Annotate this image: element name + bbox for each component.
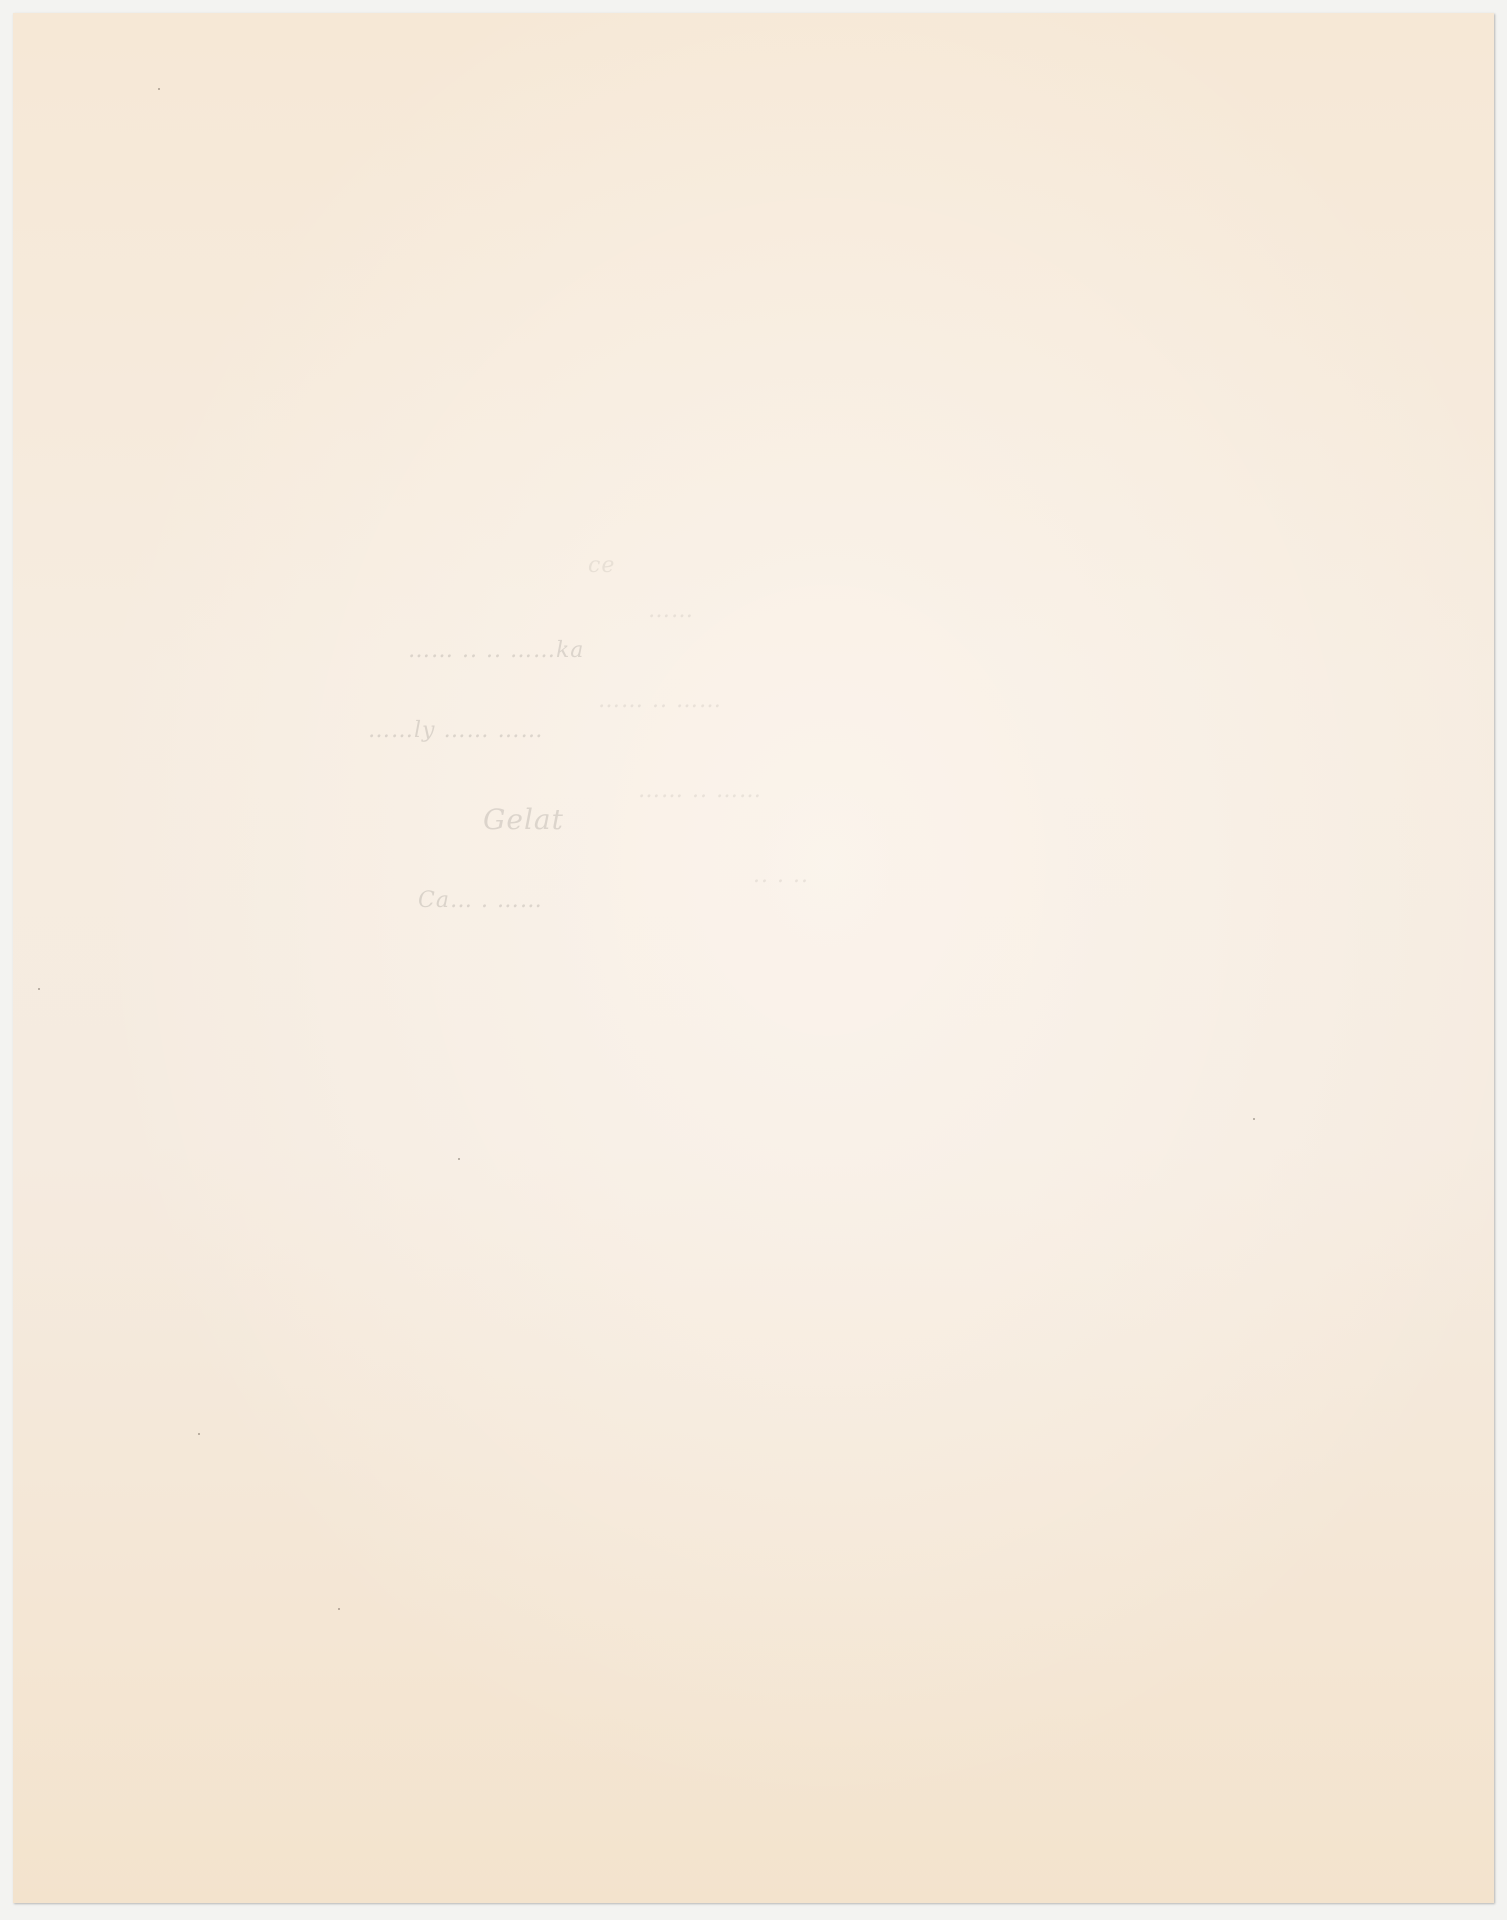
bleed-through-text: …… [648,598,694,623]
bleed-through-text: …… .. …… [638,778,762,803]
paper-speck [38,988,40,990]
bleed-through-text: Ca… . …… [418,888,543,913]
bleed-through-text: ce [588,553,615,578]
bleed-through-text: ……ly …… …… [368,718,543,743]
paper-speck [158,88,160,90]
bleed-through-text: Gelat [483,803,564,836]
bleed-through-text: …… .. …… [598,688,722,713]
paper-sheet: ce …… …… .. .. ……ka …… .. …… ……ly …… …… … [13,13,1494,1903]
paper-speck [198,1433,200,1435]
paper-speck [338,1608,340,1610]
paper-speck [1253,1118,1255,1120]
bleed-through-text: .. . .. [753,863,809,888]
paper-speck [458,1158,460,1160]
bleed-through-text: …… .. .. ……ka [408,638,584,663]
